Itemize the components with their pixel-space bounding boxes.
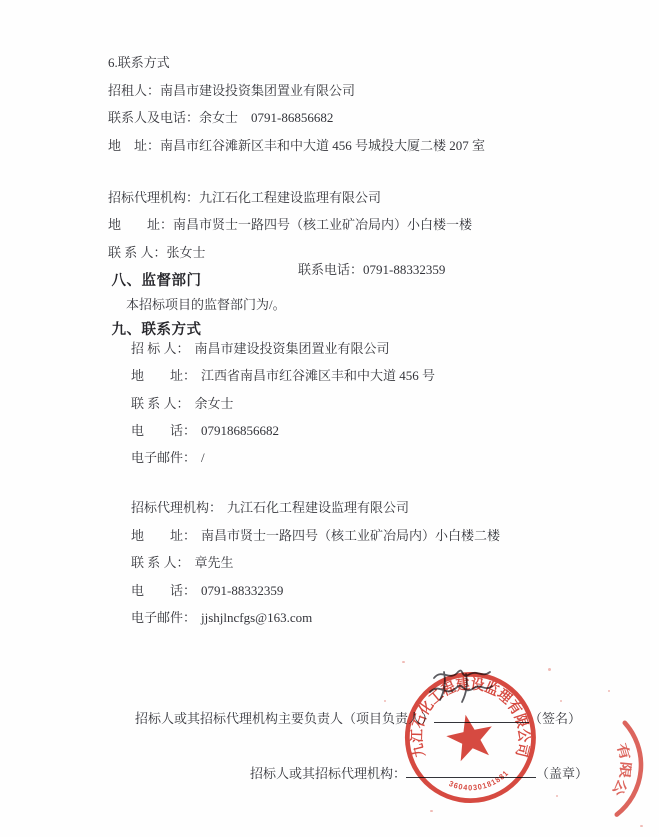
- org-stamp-prefix: 招标人或其招标代理机构：: [250, 766, 406, 781]
- document-page: 6.联系方式 招租人：南昌市建设投资集团置业有限公司 联系人及电话：余女士 07…: [0, 0, 659, 837]
- seal-star-icon: [443, 710, 498, 763]
- ink-speck: [384, 700, 386, 702]
- field-value: 南昌市红谷滩新区丰和中大道 456 号城投大厦二楼 207 室: [160, 138, 485, 153]
- agency2-row: 电子邮件：jjshjlncfgs@163.com: [118, 593, 312, 644]
- field-label: 电子邮件：: [131, 610, 196, 625]
- ink-speck: [430, 810, 433, 812]
- field-value: /: [201, 450, 205, 465]
- field-label: 地 址：: [108, 138, 160, 153]
- contact-phone-value: 0791-88332359: [363, 262, 445, 277]
- svg-text:有限公: 有限公: [609, 742, 634, 800]
- ink-speck: [560, 700, 562, 702]
- partial-seal-text: 有限公: [609, 742, 634, 800]
- ink-speck: [640, 825, 643, 827]
- field-value: 079186856682: [201, 423, 279, 438]
- ink-speck: [608, 690, 610, 692]
- partial-seal: 有限公: [520, 690, 659, 837]
- contact-phone: 联系电话：0791-88332359: [298, 262, 445, 279]
- principal-signature-prefix: 招标人或其招标代理机构主要负责人（项目负责人）: [135, 711, 434, 726]
- lessor-row: 地 址：南昌市红谷滩新区丰和中大道 456 号城投大厦二楼 207 室: [95, 121, 485, 172]
- tenderer-row: 电子邮件：/: [118, 433, 205, 484]
- contact-phone-label: 联系电话：: [298, 262, 363, 277]
- field-value: 南昌市贤士一路四号（核工业矿冶局内）小白楼二楼: [201, 528, 500, 543]
- ink-speck: [402, 661, 405, 663]
- field-value: jjshjlncfgs@163.com: [201, 610, 312, 625]
- field-value: 江西省南昌市红谷滩区丰和中大道 456 号: [201, 368, 435, 383]
- field-label: 电子邮件：: [131, 450, 196, 465]
- ink-speck: [548, 668, 551, 671]
- ink-speck: [556, 795, 558, 797]
